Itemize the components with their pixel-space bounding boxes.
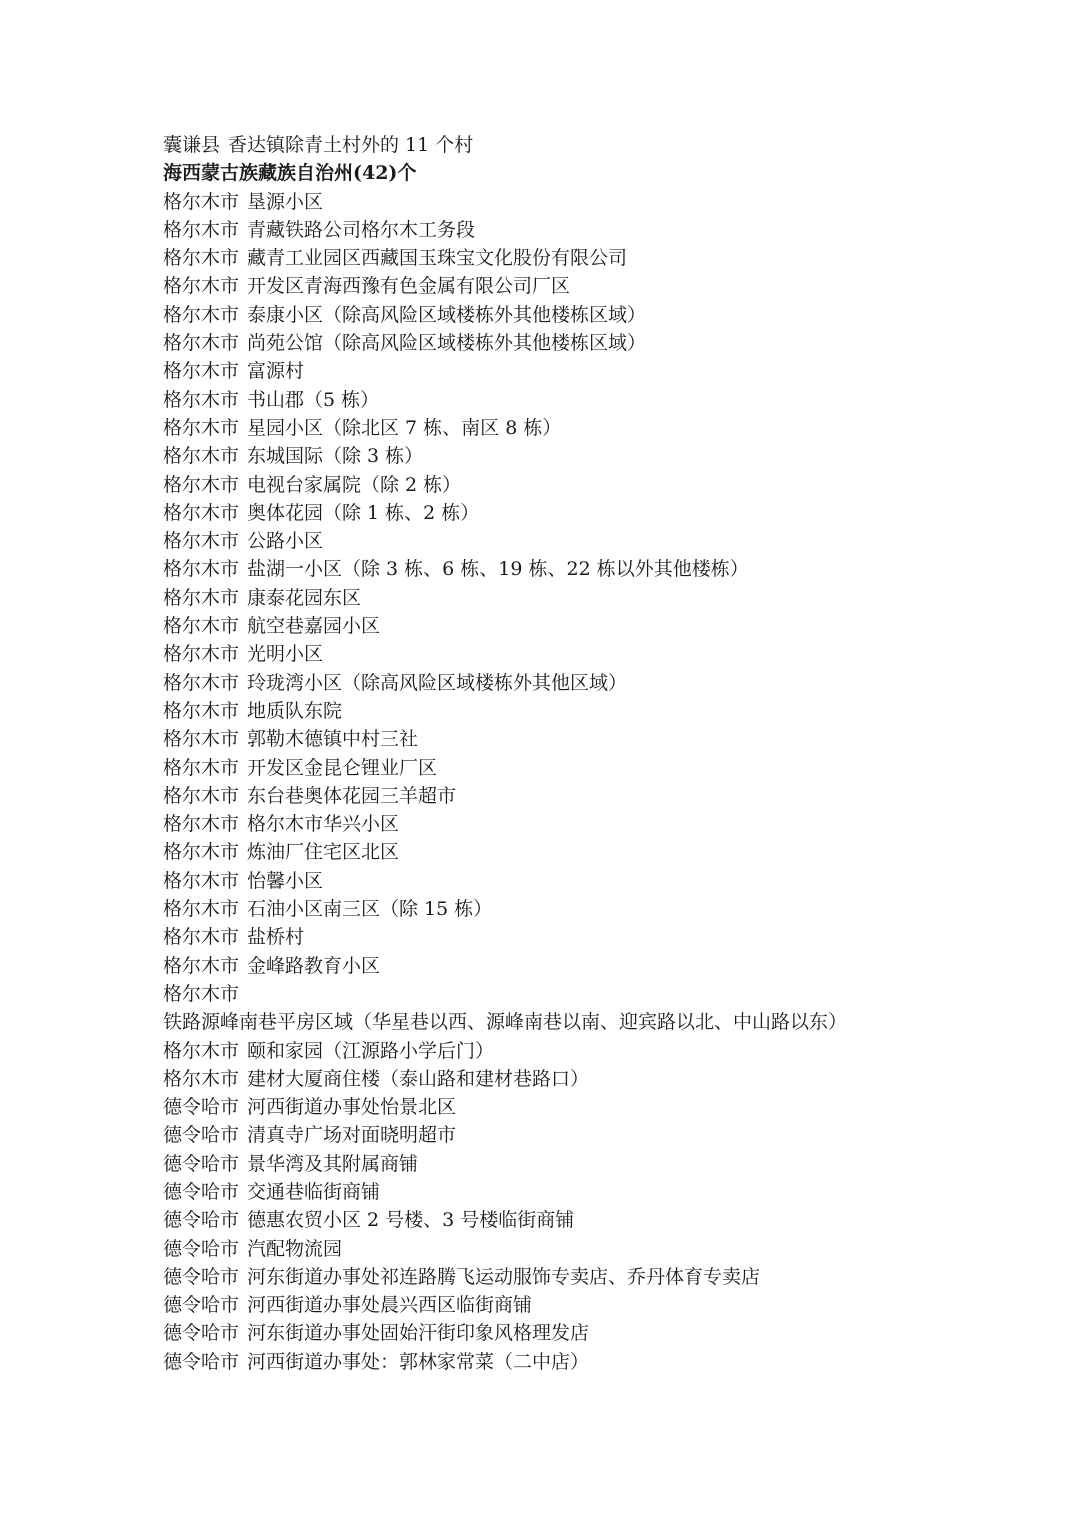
list-item: 格尔木市开发区青海西豫有色金属有限公司厂区: [163, 272, 923, 300]
city-name: 格尔木市: [163, 471, 239, 499]
place-text: 河东街道办事处固始汗街印象风格理发店: [247, 1322, 589, 1344]
place-text: 景华湾及其附属商铺: [247, 1153, 418, 1175]
list-item: 格尔木市富源村: [163, 357, 923, 385]
place-text: 开发区青海西豫有色金属有限公司厂区: [247, 275, 570, 297]
list-item: 格尔木市炼油厂住宅区北区: [163, 838, 923, 866]
place-text: 垦源小区: [247, 191, 323, 213]
list-item: 格尔木市奥体花园（除 1 栋、2 栋）: [163, 499, 923, 527]
city-name: 格尔木市: [163, 810, 239, 838]
list-item: 格尔木市怡馨小区: [163, 867, 923, 895]
list-item: 格尔木市地质队东院: [163, 697, 923, 725]
list-item: 格尔木市格尔木市华兴小区: [163, 810, 923, 838]
list-item: 格尔木市电视台家属院（除 2 栋）: [163, 471, 923, 499]
place-text: 河西街道办事处晨兴西区临街商铺: [247, 1294, 532, 1316]
place-text: 河东街道办事处祁连路腾飞运动服饰专卖店、乔丹体育专卖店: [247, 1266, 760, 1288]
place-text: 玲珑湾小区（除高风险区域楼栋外其他区域）: [247, 672, 627, 694]
intro-line: 囊谦县香达镇除青土村外的 11 个村: [163, 131, 923, 159]
list-item: 格尔木市公路小区: [163, 527, 923, 555]
place-text: 书山郡（5 栋）: [247, 389, 379, 411]
place-text: 石油小区南三区（除 15 栋）: [247, 898, 492, 920]
place-text: 藏青工业园区西藏国玉珠宝文化股份有限公司: [247, 247, 627, 269]
city-name: 格尔木市: [163, 357, 239, 385]
city-name: 格尔木市: [163, 414, 239, 442]
list-item: 格尔木市垦源小区: [163, 188, 923, 216]
list-item: 格尔木市颐和家园（江源路小学后门）: [163, 1037, 923, 1065]
place-text: 开发区金昆仑锂业厂区: [247, 757, 437, 779]
place-text: 东城国际（除 3 栋）: [247, 445, 423, 467]
place-text: 富源村: [247, 360, 304, 382]
place-text: 建材大厦商住楼（泰山路和建材巷路口）: [247, 1068, 589, 1090]
city-name: 格尔木市: [163, 980, 239, 1008]
list-item: 格尔木市青藏铁路公司格尔木工务段: [163, 216, 923, 244]
city-name: 格尔木市: [163, 329, 239, 357]
place-text: 颐和家园（江源路小学后门）: [247, 1040, 494, 1062]
list-item: 格尔木市石油小区南三区（除 15 栋）: [163, 895, 923, 923]
list-item: 格尔木市金峰路教育小区: [163, 952, 923, 980]
place-text: 盐桥村: [247, 926, 304, 948]
city-name: 格尔木市: [163, 216, 239, 244]
place-text: 星园小区（除北区 7 栋、南区 8 栋）: [247, 417, 561, 439]
place-text: 东台巷奥体花园三羊超市: [247, 785, 456, 807]
place-text: 奥体花园（除 1 栋、2 栋）: [247, 502, 479, 524]
list-item: 格尔木市郭勒木德镇中村三社: [163, 725, 923, 753]
city-name: 德令哈市: [163, 1206, 239, 1234]
city-name: 格尔木市: [163, 952, 239, 980]
list-item: 格尔木市尚苑公馆（除高风险区域楼栋外其他楼栋区域）: [163, 329, 923, 357]
city-name: 德令哈市: [163, 1348, 239, 1376]
place-text: 交通巷临街商铺: [247, 1181, 380, 1203]
list-item: 格尔木市星园小区（除北区 7 栋、南区 8 栋）: [163, 414, 923, 442]
list-item: 德令哈市汽配物流园: [163, 1235, 923, 1263]
place-text: 香达镇除青土村外的 11 个村: [228, 134, 473, 156]
city-name: 格尔木市: [163, 725, 239, 753]
list-item: 格尔木市藏青工业园区西藏国玉珠宝文化股份有限公司: [163, 244, 923, 272]
list-item: 格尔木市东城国际（除 3 栋）: [163, 442, 923, 470]
list-item: 德令哈市德惠农贸小区 2 号楼、3 号楼临街商铺: [163, 1206, 923, 1234]
city-name: 格尔木市: [163, 612, 239, 640]
city-name: 格尔木市: [163, 838, 239, 866]
city-name: 格尔木市: [163, 442, 239, 470]
city-name: 德令哈市: [163, 1235, 239, 1263]
place-text: 铁路源峰南巷平房区域（华星巷以西、源峰南巷以南、迎宾路以北、中山路以东）: [163, 1011, 847, 1033]
city-name: 格尔木市: [163, 640, 239, 668]
list-item: 格尔木市航空巷嘉园小区: [163, 612, 923, 640]
list-item: 德令哈市河东街道办事处祁连路腾飞运动服饰专卖店、乔丹体育专卖店: [163, 1263, 923, 1291]
place-text: 青藏铁路公司格尔木工务段: [247, 219, 475, 241]
list-item: 格尔木市开发区金昆仑锂业厂区: [163, 754, 923, 782]
city-name: 格尔木市: [163, 272, 239, 300]
list-item: 格尔木市书山郡（5 栋）: [163, 386, 923, 414]
city-name: 格尔木市: [163, 669, 239, 697]
place-text: 电视台家属院（除 2 栋）: [247, 474, 461, 496]
city-name: 格尔木市: [163, 1037, 239, 1065]
city-name: 格尔木市: [163, 301, 239, 329]
section-heading: 海西蒙古族藏族自治州(42)个: [163, 159, 923, 187]
list-item: 格尔木市泰康小区（除高风险区域楼栋外其他楼栋区域）: [163, 301, 923, 329]
city-name: 格尔木市: [163, 386, 239, 414]
list-item: 格尔木市康泰花园东区: [163, 584, 923, 612]
place-text: 汽配物流园: [247, 1238, 342, 1260]
place-text: 地质队东院: [247, 700, 342, 722]
city-name: 格尔木市: [163, 895, 239, 923]
place-text: 康泰花园东区: [247, 587, 361, 609]
list-item: 格尔木市建材大厦商住楼（泰山路和建材巷路口）: [163, 1065, 923, 1093]
place-text: 航空巷嘉园小区: [247, 615, 380, 637]
list-item: 格尔木市玲珑湾小区（除高风险区域楼栋外其他区域）: [163, 669, 923, 697]
city-name: 德令哈市: [163, 1121, 239, 1149]
place-text: 河西街道办事处：郭林家常菜（二中店）: [247, 1351, 589, 1373]
list-item: 格尔木市光明小区: [163, 640, 923, 668]
place-text: 河西街道办事处怡景北区: [247, 1096, 456, 1118]
city-name: 格尔木市: [163, 555, 239, 583]
city-name: 格尔木市: [163, 782, 239, 810]
place-text: 怡馨小区: [247, 870, 323, 892]
list-item: 格尔木市铁路源峰南巷平房区域（华星巷以西、源峰南巷以南、迎宾路以北、中山路以东）: [163, 980, 923, 1037]
place-text: 郭勒木德镇中村三社: [247, 728, 418, 750]
city-name: 德令哈市: [163, 1093, 239, 1121]
city-name: 德令哈市: [163, 1291, 239, 1319]
city-name: 格尔木市: [163, 244, 239, 272]
city-name: 德令哈市: [163, 1150, 239, 1178]
city-name: 格尔木市: [163, 754, 239, 782]
city-name: 德令哈市: [163, 1263, 239, 1291]
list-item: 德令哈市清真寺广场对面晓明超市: [163, 1121, 923, 1149]
list-item: 德令哈市河西街道办事处怡景北区: [163, 1093, 923, 1121]
place-text: 德惠农贸小区 2 号楼、3 号楼临街商铺: [247, 1209, 574, 1231]
list-item: 德令哈市景华湾及其附属商铺: [163, 1150, 923, 1178]
list-item: 德令哈市河西街道办事处：郭林家常菜（二中店）: [163, 1348, 923, 1376]
city-name: 格尔木市: [163, 499, 239, 527]
city-name: 格尔木市: [163, 527, 239, 555]
city-name: 德令哈市: [163, 1178, 239, 1206]
place-text: 格尔木市华兴小区: [247, 813, 399, 835]
list-item: 德令哈市河东街道办事处固始汗街印象风格理发店: [163, 1319, 923, 1347]
city-name: 格尔木市: [163, 584, 239, 612]
document-page: 囊谦县香达镇除青土村外的 11 个村 海西蒙古族藏族自治州(42)个 格尔木市垦…: [163, 131, 923, 1376]
place-text: 盐湖一小区（除 3 栋、6 栋、19 栋、22 栋以外其他楼栋）: [247, 558, 749, 580]
list-item: 格尔木市盐桥村: [163, 923, 923, 951]
place-text: 光明小区: [247, 643, 323, 665]
city-name: 格尔木市: [163, 188, 239, 216]
list-item: 格尔木市东台巷奥体花园三羊超市: [163, 782, 923, 810]
city-name: 格尔木市: [163, 867, 239, 895]
list-item: 格尔木市盐湖一小区（除 3 栋、6 栋、19 栋、22 栋以外其他楼栋）: [163, 555, 923, 583]
city-name: 格尔木市: [163, 923, 239, 951]
entry-list: 格尔木市垦源小区格尔木市青藏铁路公司格尔木工务段格尔木市藏青工业园区西藏国玉珠宝…: [163, 188, 923, 1376]
place-text: 炼油厂住宅区北区: [247, 841, 399, 863]
county-name: 囊谦县: [163, 131, 220, 159]
place-text: 公路小区: [247, 530, 323, 552]
city-name: 格尔木市: [163, 697, 239, 725]
place-text: 泰康小区（除高风险区域楼栋外其他楼栋区域）: [247, 304, 646, 326]
city-name: 格尔木市: [163, 1065, 239, 1093]
list-item: 德令哈市交通巷临街商铺: [163, 1178, 923, 1206]
list-item: 德令哈市河西街道办事处晨兴西区临街商铺: [163, 1291, 923, 1319]
place-text: 清真寺广场对面晓明超市: [247, 1124, 456, 1146]
city-name: 德令哈市: [163, 1319, 239, 1347]
place-text: 尚苑公馆（除高风险区域楼栋外其他楼栋区域）: [247, 332, 646, 354]
place-text: 金峰路教育小区: [247, 955, 380, 977]
